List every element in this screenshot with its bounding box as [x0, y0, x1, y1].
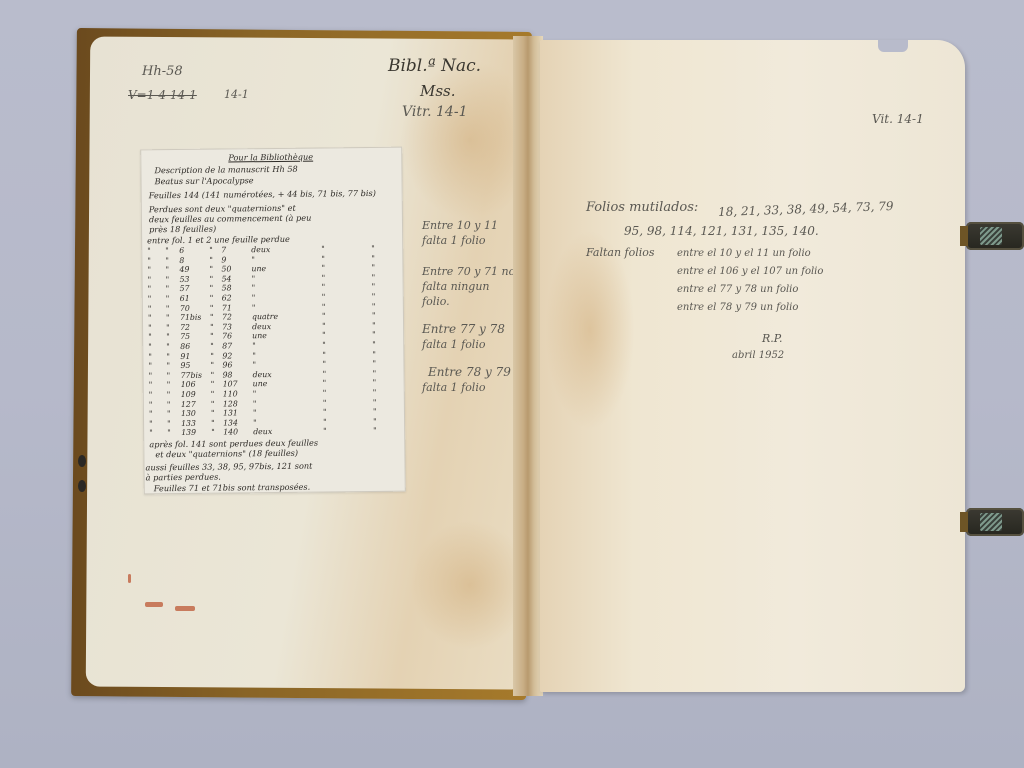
cover-nail: [78, 480, 86, 492]
slip-table-cell: 96: [222, 360, 252, 369]
slip-table-cell: ": [373, 407, 383, 416]
wax-fleck: [128, 574, 131, 583]
slip-table-cell: ": [149, 409, 167, 418]
slip-footer-line: à parties perdues.: [146, 472, 221, 483]
slip-table-cell: ": [322, 330, 372, 340]
new-shelfmark: 14-1: [224, 88, 249, 101]
slip-table-cell: ": [167, 400, 181, 409]
slip-table-cell: 70: [180, 303, 210, 312]
slip-table-cell: 130: [181, 409, 211, 418]
slip-table-cell: ": [148, 313, 166, 322]
slip-table-cell: ": [373, 388, 383, 397]
slip-table-cell: ": [372, 330, 382, 339]
slip-table-cell: 54: [222, 274, 252, 283]
slip-table-cell: deux: [253, 427, 323, 437]
slip-table-cell: ": [209, 255, 221, 264]
slip-table-cell: ": [149, 390, 167, 399]
slip-table-cell: ": [210, 342, 222, 351]
slip-table-cell: ": [322, 350, 372, 360]
slip-table-cell: ": [371, 244, 381, 253]
slip-table-cell: 76: [222, 332, 252, 341]
book-clasp-lower: [966, 508, 1024, 536]
slip-table-cell: ": [167, 380, 181, 389]
library-label-line2: Mss.: [420, 82, 456, 100]
slip-table-cell: ": [323, 388, 373, 398]
slip-table-cell: 8: [179, 255, 209, 264]
slip-table-cell: une: [253, 379, 323, 389]
slip-footer-line: et deux "quaternions" (18 feuilles): [155, 448, 298, 459]
slip-table-cell: ": [373, 397, 383, 406]
slip-table-cell: ": [372, 273, 382, 282]
margin-note-line: Entre 77 y 78: [422, 321, 515, 337]
slip-table-cell: 71bis: [180, 313, 210, 322]
slip-table-cell: ": [149, 381, 167, 390]
slip-table-cell: ": [211, 399, 223, 408]
slip-table-cell: ": [166, 352, 180, 361]
missing-folios-line: entre el 10 y el 11 un folio: [677, 248, 811, 259]
book-gutter: [513, 36, 543, 696]
slip-table-cell: ": [322, 302, 372, 312]
slip-table-cell: ": [148, 323, 166, 332]
slip-table-cell: deux: [251, 244, 321, 254]
right-shelfmark: Vit. 14-1: [872, 112, 924, 126]
margin-note-line: folio.: [422, 294, 515, 309]
slip-table-cell: 95: [180, 361, 210, 370]
slip-table-cell: ": [210, 303, 222, 312]
slip-table-cell: ": [252, 340, 322, 350]
slip-table-cell: 73: [222, 322, 252, 331]
slip-table-cell: 128: [223, 399, 253, 408]
slip-table-cell: ": [373, 426, 383, 435]
slip-table-cell: ": [148, 361, 166, 370]
slip-table-cell: ": [373, 378, 383, 387]
slip-table-cell: une: [252, 331, 322, 341]
slip-table-cell: ": [209, 265, 221, 274]
slip-table-cell: 50: [221, 264, 251, 273]
slip-table-cell: ": [372, 311, 382, 320]
slip-table-cell: 139: [181, 428, 211, 437]
slip-line: deux feuilles au commencement (à peu: [149, 213, 312, 225]
slip-table-cell: ": [149, 371, 167, 380]
margin-note-line: falta ningun: [422, 279, 515, 294]
slip-table-cell: 72: [180, 322, 210, 331]
missing-folios-line: entre el 77 y 78 un folio: [677, 284, 798, 295]
slip-table-cell: ": [148, 342, 166, 351]
foxing-stain: [545, 230, 635, 430]
slip-table-cell: ": [321, 254, 371, 264]
mutilated-folios-label: Folios mutilados:: [586, 200, 698, 215]
slip-table-cell: 133: [181, 418, 211, 427]
old-shelfmark: Hh-58: [142, 64, 183, 79]
slip-table-cell: ": [323, 378, 373, 388]
slip-table-cell: ": [166, 284, 180, 293]
slip-table-cell: ": [372, 340, 382, 349]
slip-table-cell: ": [251, 254, 321, 264]
slip-table-cell: ": [322, 292, 372, 302]
slip-table-cell: ": [253, 408, 323, 418]
slip-table-cell: ": [322, 321, 372, 331]
slip-table-cell: ": [253, 398, 323, 408]
slip-table-cell: ": [372, 359, 382, 368]
slip-table-cell: ": [147, 265, 165, 274]
slip-table-cell: 106: [181, 380, 211, 389]
slip-table-cell: ": [166, 304, 180, 313]
slip-table-cell: 91: [180, 351, 210, 360]
slip-table-intro: entre fol. 1 et 2 une feuille perdue: [147, 234, 290, 245]
slip-table-cell: ": [210, 332, 222, 341]
struck-shelfmark: V=1-4 14-1: [128, 88, 197, 102]
slip-table-cell: ": [166, 323, 180, 332]
slip-table-cell: 6: [179, 246, 209, 255]
wax-fleck: [175, 606, 195, 611]
slip-table-cell: ": [210, 284, 222, 293]
slip-table-cell: ": [147, 256, 165, 265]
slip-table-cell: ": [166, 342, 180, 351]
slip-table-cell: ": [321, 244, 371, 254]
missing-folios-line: entre el 106 y el 107 un folio: [677, 266, 823, 277]
slip-table-cell: 58: [222, 284, 252, 293]
slip-table-cell: ": [148, 352, 166, 361]
slip-table-cell: ": [167, 419, 181, 428]
slip-line: près 18 feuilles): [149, 224, 216, 235]
slip-table-cell: ": [253, 417, 323, 427]
margin-notes: Entre 10 y 11 falta 1 folio Entre 70 y 7…: [422, 218, 515, 395]
slip-table-cell: ": [148, 285, 166, 294]
slip-table-cell: 72: [222, 312, 252, 321]
book-clasp-upper: [966, 222, 1024, 250]
slip-table-cell: ": [373, 369, 383, 378]
slip-table-cell: 57: [180, 284, 210, 293]
library-label-line1: Bibl.ª Nac.: [388, 56, 481, 76]
slip-table-cell: ": [372, 292, 382, 301]
slip-table-cell: ": [373, 417, 383, 426]
slip-footer-line: aussi feuilles 33, 38, 95, 97bis, 121 so…: [145, 461, 312, 473]
slip-table-cell: ": [372, 282, 382, 291]
slip-table-cell: ": [252, 360, 322, 370]
slip-table-cell: ": [321, 263, 371, 273]
slip-table-cell: ": [211, 418, 223, 427]
slip-table-cell: 110: [223, 389, 253, 398]
slip-line: Feuilles 144 (141 numérotées, + 44 bis, …: [149, 188, 376, 200]
slip-table-cell: ": [371, 253, 381, 262]
slip-table-cell: 87: [222, 341, 252, 350]
foxing-stain: [410, 520, 530, 650]
slip-table-cell: 131: [223, 408, 253, 417]
slip-table-row: ""139"140deux"": [149, 426, 383, 437]
slip-table-cell: ": [167, 390, 181, 399]
slip-table-cell: ": [322, 311, 372, 321]
missing-folios-label: Faltan folios: [586, 246, 655, 259]
slip-table-cell: 49: [179, 265, 209, 274]
slip-table-cell: ": [167, 428, 181, 437]
slip-table-cell: ": [322, 340, 372, 350]
slip-table-cell: ": [211, 390, 223, 399]
slip-table-cell: ": [372, 321, 382, 330]
slip-table-cell: ": [211, 380, 223, 389]
slip-table-cell: 75: [180, 332, 210, 341]
slip-table-cell: ": [211, 370, 223, 379]
page-tear: [878, 40, 908, 52]
slip-table-cell: ": [322, 359, 372, 369]
slip-table-cell: ": [210, 322, 222, 331]
slip-table-cell: une: [251, 264, 321, 274]
missing-folios-line: entre el 78 y 79 un folio: [677, 302, 798, 313]
slip-table-cell: ": [165, 256, 179, 265]
slip-table-cell: 9: [221, 255, 251, 264]
slip-table-cell: ": [166, 294, 180, 303]
slip-table-cell: quatre: [252, 312, 322, 322]
slip-table-cell: ": [252, 283, 322, 293]
slip-table-cell: ": [253, 388, 323, 398]
wax-fleck: [145, 602, 163, 607]
slip-table-cell: ": [323, 417, 373, 427]
margin-note-line: Entre 70 y 71 no: [422, 264, 515, 279]
slip-table-cell: ": [323, 369, 373, 379]
slip-table-cell: 140: [223, 428, 253, 437]
slip-table-cell: ": [147, 246, 165, 255]
description-slip: Pour la Bibliothèque Description de la m…: [140, 147, 406, 495]
slip-table-cell: ": [165, 265, 179, 274]
margin-note-line: falta 1 folio: [422, 380, 515, 395]
date: abril 1952: [732, 350, 784, 361]
slip-table-cell: ": [252, 350, 322, 360]
slip-table-cell: ": [252, 273, 322, 283]
slip-table-cell: ": [166, 332, 180, 341]
slip-table-cell: ": [252, 302, 322, 312]
slip-table-cell: ": [166, 275, 180, 284]
slip-table-cell: 7: [221, 245, 251, 254]
slip-table-cell: ": [323, 398, 373, 408]
slip-table-cell: ": [210, 351, 222, 360]
slip-table-cell: ": [149, 419, 167, 428]
slip-table-cell: ": [166, 361, 180, 370]
slip-table-cell: ": [372, 301, 382, 310]
slip-table-cell: ": [165, 246, 179, 255]
slip-table-cell: 92: [222, 351, 252, 360]
margin-note-line: falta 1 folio: [422, 233, 515, 248]
slip-table-cell: 62: [222, 293, 252, 302]
slip-table-cell: ": [210, 274, 222, 283]
slip-table-cell: ": [210, 361, 222, 370]
slip-header: Pour la Bibliothèque: [228, 152, 313, 163]
slip-table-cell: ": [148, 275, 166, 284]
slip-table-cell: 53: [180, 274, 210, 283]
slip-table-cell: ": [323, 407, 373, 417]
cover-nail: [78, 455, 86, 467]
slip-table-cell: 109: [181, 390, 211, 399]
slip-table-cell: ": [323, 426, 373, 436]
slip-table-cell: deux: [252, 321, 322, 331]
slip-table-cell: ": [322, 282, 372, 292]
slip-table-cell: 77bis: [181, 370, 211, 379]
slip-table-cell: ": [211, 409, 223, 418]
slip-line: Description de la manuscrit Hh 58: [154, 164, 297, 176]
slip-table-cell: ": [148, 304, 166, 313]
slip-table-cell: ": [210, 313, 222, 322]
library-label-line3: Vitr. 14-1: [402, 104, 467, 120]
slip-table-cell: 127: [181, 399, 211, 408]
slip-table-cell: ": [322, 273, 372, 283]
mutilated-folios-list-2: 95, 98, 114, 121, 131, 135, 140.: [624, 224, 819, 238]
slip-table-cell: 134: [223, 418, 253, 427]
slip-table-cell: 107: [223, 380, 253, 389]
slip-table-cell: ": [210, 294, 222, 303]
slip-table-cell: ": [252, 292, 322, 302]
slip-table-cell: ": [149, 400, 167, 409]
slip-line: Beatus sur l'Apocalypse: [154, 175, 253, 186]
slip-table-cell: ": [167, 371, 181, 380]
margin-note-line: falta 1 folio: [422, 337, 515, 352]
slip-table-cell: ": [148, 333, 166, 342]
slip-table-cell: deux: [253, 369, 323, 379]
slip-table-cell: ": [167, 409, 181, 418]
slip-table-cell: ": [209, 246, 221, 255]
initials: R.P.: [762, 332, 782, 345]
slip-table-cell: ": [166, 313, 180, 322]
slip-table-cell: 86: [180, 342, 210, 351]
slip-table-cell: ": [372, 349, 382, 358]
slip-table-cell: ": [148, 294, 166, 303]
slip-table-cell: 71: [222, 303, 252, 312]
margin-note-line: Entre 78 y 79: [428, 364, 515, 380]
margin-note-line: Entre 10 y 11: [422, 218, 515, 233]
slip-table-cell: 61: [180, 294, 210, 303]
slip-footer-line: Feuilles 71 et 71bis sont transposées.: [154, 482, 311, 494]
slip-table-cell: ": [211, 428, 223, 437]
slip-table-cell: ": [149, 429, 167, 438]
slip-table-cell: ": [371, 263, 381, 272]
slip-table-cell: 98: [223, 370, 253, 379]
